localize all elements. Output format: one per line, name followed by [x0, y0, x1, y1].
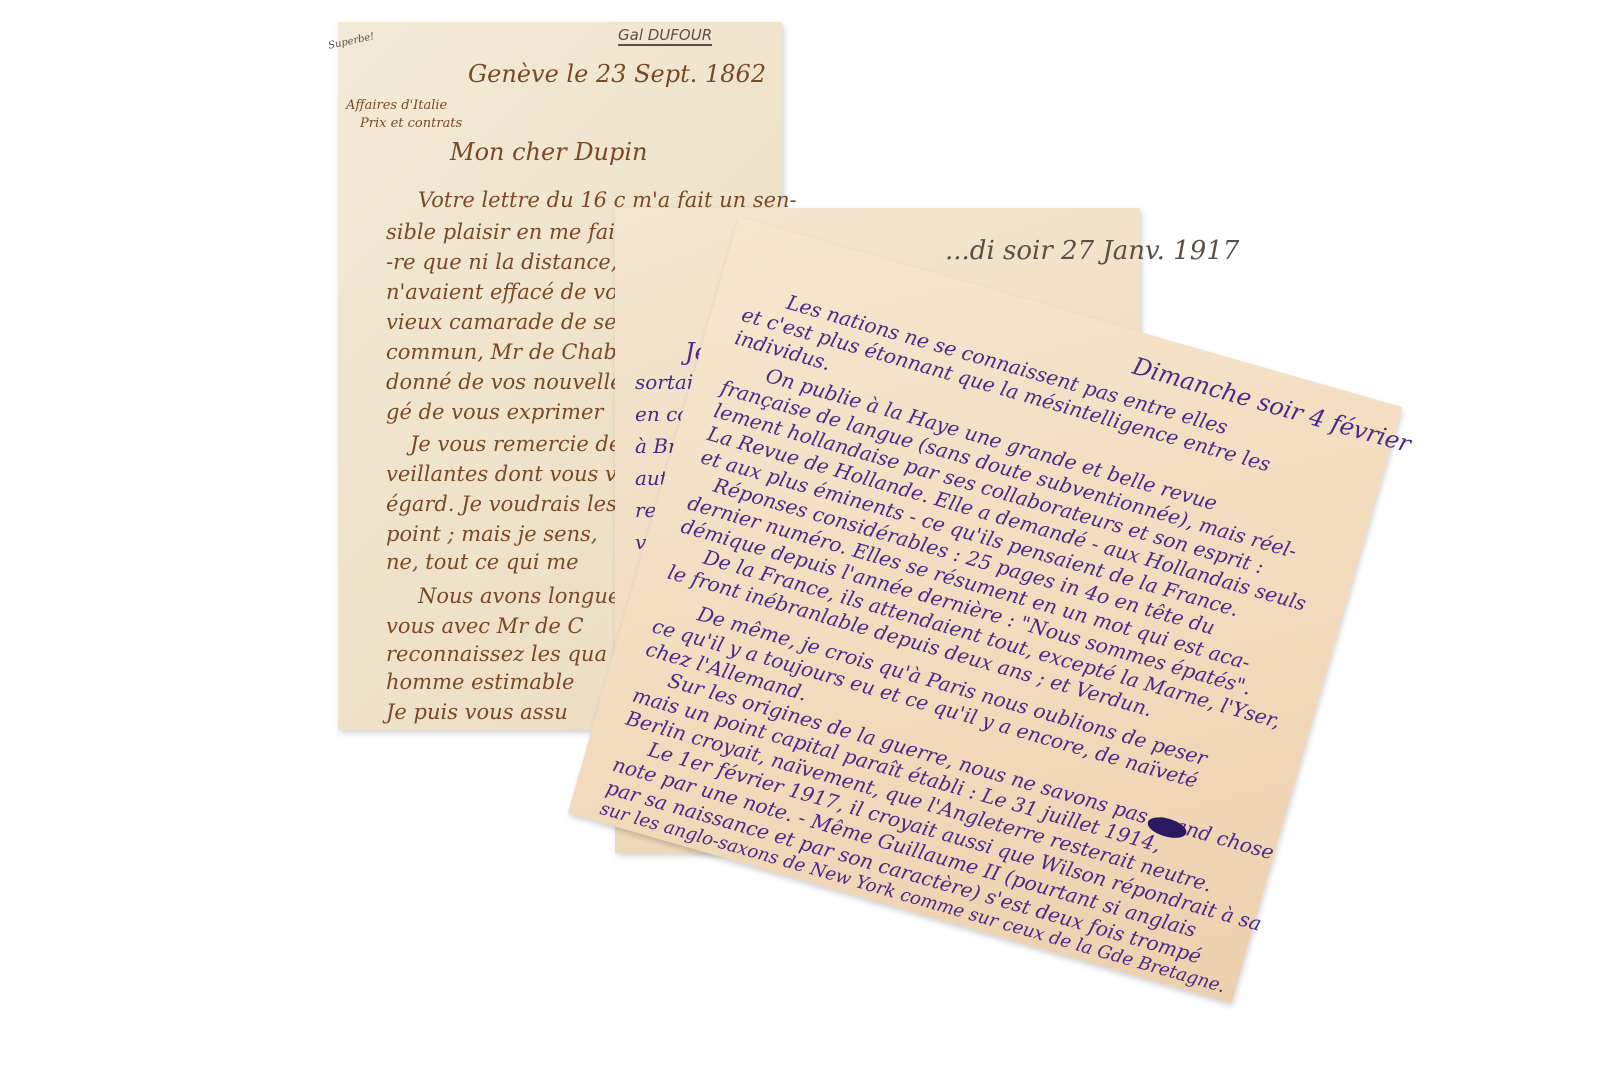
body-line: sible plaisir en me fai-	[386, 220, 622, 244]
body-line: n'avaient effacé de votre	[386, 280, 649, 304]
body-line: gé de vous exprimer	[386, 400, 603, 424]
date-line: ...di soir 27 Janv. 1917	[945, 236, 1239, 266]
body-line: veillantes dont vous vou	[386, 462, 643, 486]
body-line: Nous avons longue	[418, 584, 620, 608]
archive-label: Gal DUFOUR	[618, 26, 712, 46]
body-line: point ; mais je sens,	[386, 522, 598, 546]
subject-line-2: Prix et contrats	[360, 116, 462, 131]
body-line: vieux camarade de servi-	[386, 310, 652, 334]
salutation: Mon cher Dupin	[450, 138, 648, 166]
body-line: Je puis vous assu	[386, 700, 568, 724]
body-line: reconnaissez les qua	[386, 642, 607, 666]
margin-note: Superbe!	[327, 31, 375, 51]
body-line: vous avec Mr de C	[386, 614, 584, 638]
body-line: commun, Mr de Chab	[386, 340, 617, 364]
body-line: -re que ni la distance,	[386, 250, 617, 274]
body-line: donné de vos nouvelles	[386, 370, 633, 394]
date-line: Genève le 23 Sept. 1862	[468, 60, 766, 88]
body-line: Je vous remercie des	[410, 432, 632, 456]
body-line: ne, tout ce qui me	[386, 550, 579, 574]
subject-line-1: Affaires d'Italie	[346, 98, 447, 113]
body-line: égard. Je voudrais les	[386, 492, 617, 516]
body-line: homme estimable	[386, 670, 574, 694]
